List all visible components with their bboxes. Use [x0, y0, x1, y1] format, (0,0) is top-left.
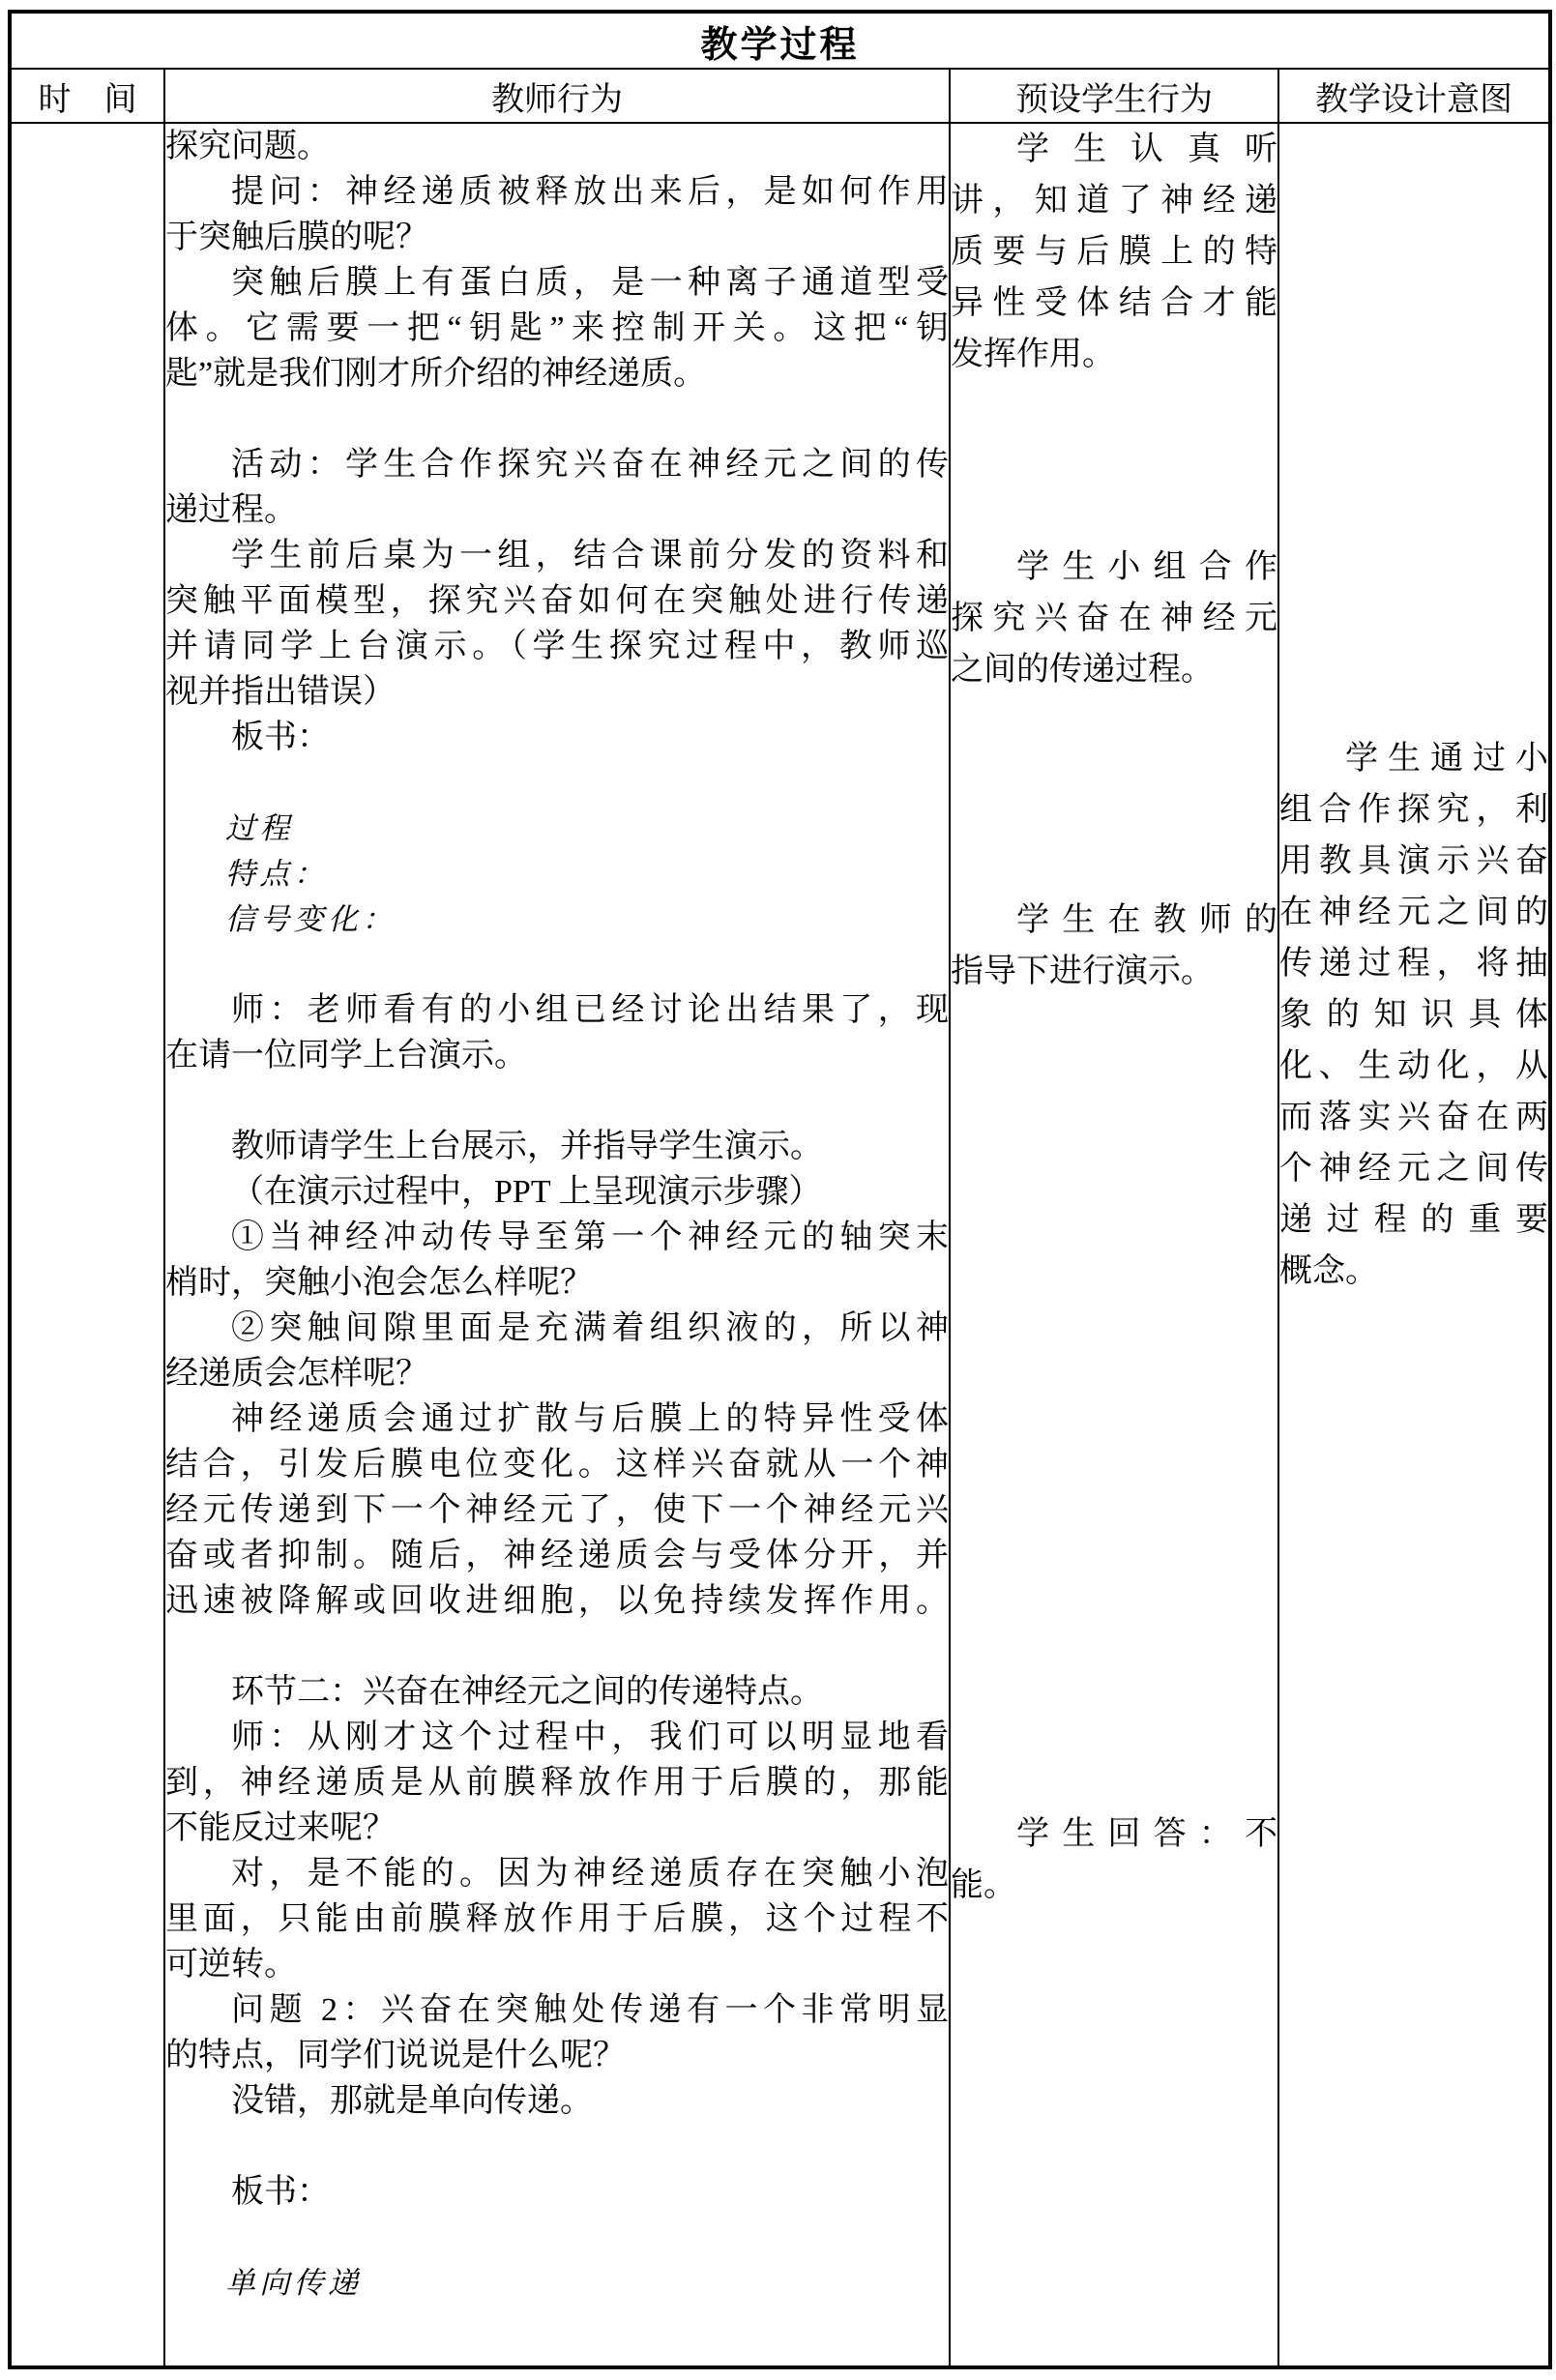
design-intent-cell: 学生通过小组合作探究，利用教具演示兴奋在神经元之间的传递过程，将抽象的知识具体化… — [1278, 123, 1550, 2367]
text-line: 于突触后膜的呢？ — [165, 215, 949, 260]
text-line: 教师请学生上台展示，并指导学生演示。 — [165, 1124, 949, 1169]
text-line: 传递过程，将抽 — [1279, 938, 1548, 989]
text-line: 没错，那就是单向传递。 — [165, 2078, 949, 2124]
time-column-cell — [10, 123, 164, 2367]
text-line: 突触后膜上有蛋白质，是一种离子通道型受 — [165, 260, 949, 306]
text-line: 学生在教师的 — [951, 895, 1277, 946]
text-line: 经元传递到下一个神经元了，使下一个神经元兴 — [165, 1487, 949, 1533]
text-line: 过程 — [165, 806, 949, 851]
text-line — [165, 942, 949, 987]
text-line: 匙”就是我们刚才所介绍的神经递质。 — [165, 351, 949, 397]
text-line: 可逆转。 — [165, 1942, 949, 1987]
text-line: 单向传递 — [165, 2260, 949, 2306]
text-block: 探究问题。提问：神经递质被释放出来后，是如何作用于突触后膜的呢？突触后膜上有蛋白… — [165, 124, 949, 2306]
text-line: 象的知识具体 — [1279, 989, 1548, 1041]
text-line: 板书： — [165, 715, 949, 760]
text-line: 师：老师看有的小组已经讨论出结果了，现 — [165, 987, 949, 1033]
text-line: 师：从刚才这个过程中，我们可以明显地看 — [165, 1715, 949, 1760]
text-line: 组合作探究，利 — [1279, 784, 1548, 836]
text-line: 探究兴奋在神经元 — [951, 593, 1277, 644]
text-line: 信号变化： — [165, 896, 949, 942]
text-line: 讲，知道了神经递 — [951, 175, 1277, 226]
column-header-expected-student-behavior: 预设学生行为 — [950, 69, 1278, 123]
text-line: 而落实兴奋在两 — [1279, 1092, 1548, 1143]
teaching-process-table: 教学过程 时 间 教师行为 预设学生行为 教学设计意图 探究问题。提问：神经递质… — [8, 10, 1552, 2369]
text-line: 之间的传递过程。 — [951, 644, 1277, 695]
text-line: 问题 2：兴奋在突触处传递有一个非常明显 — [165, 1987, 949, 2033]
text-line: 指导下进行演示。 — [951, 946, 1277, 997]
text-line — [165, 1078, 949, 1124]
text-line: 递过程的重要 — [1279, 1194, 1548, 1246]
text-line: 并请同学上台演示。（学生探究过程中，教师巡 — [165, 624, 949, 669]
text-line: 不能反过来呢？ — [165, 1806, 949, 1851]
text-line: 对，是不能的。因为神经递质存在突触小泡 — [165, 1851, 949, 1896]
text-line: 用教具演示兴奋 — [1279, 836, 1548, 887]
text-line: 发挥作用。 — [951, 329, 1277, 380]
text-line: 概念。 — [1279, 1246, 1548, 1297]
column-header-time: 时 间 — [10, 69, 164, 123]
text-line: 结合，引发后膜电位变化。这样兴奋就从一个神 — [165, 1442, 949, 1487]
text-line: 能。 — [951, 1860, 1277, 1911]
text-line: 到，神经递质是从前膜释放作用于后膜的，那能 — [165, 1760, 949, 1806]
text-line: ②突触间隙里面是充满着组织液的，所以神 — [165, 1306, 949, 1351]
text-line: 经递质会怎样呢？ — [165, 1351, 949, 1396]
text-line: 学生前后桌为一组，结合课前分发的资料和 — [165, 533, 949, 578]
text-block: 学生小组合作探究兴奋在神经元之间的传递过程。 — [951, 542, 1277, 695]
student-behavior-cell: 学生认真听讲，知道了神经递质要与后膜上的特异性受体结合才能发挥作用。学生小组合作… — [950, 123, 1278, 2367]
text-line: ①当神经冲动传导至第一个神经元的轴突末 — [165, 1215, 949, 1260]
text-line: （在演示过程中，PPT 上呈现演示步骤） — [165, 1169, 949, 1215]
text-line: 体。它需要一把“钥匙”来控制开关。这把“钥 — [165, 306, 949, 351]
text-line: 学生回答：不 — [951, 1808, 1277, 1860]
text-line: 神经递质会通过扩散与后膜上的特异性受体 — [165, 1396, 949, 1442]
column-header-design-intent: 教学设计意图 — [1278, 69, 1550, 123]
text-line: 视并指出错误） — [165, 669, 949, 715]
text-block: 学生回答：不能。 — [951, 1808, 1277, 1911]
text-line — [165, 2124, 949, 2169]
text-line: 异性受体结合才能 — [951, 278, 1277, 329]
text-line: 特点： — [165, 851, 949, 896]
teacher-behavior-cell: 探究问题。提问：神经递质被释放出来后，是如何作用于突触后膜的呢？突触后膜上有蛋白… — [164, 123, 950, 2367]
text-line: 学生通过小 — [1279, 733, 1548, 784]
text-line — [165, 397, 949, 442]
text-line: 活动：学生合作探究兴奋在神经元之间的传 — [165, 442, 949, 487]
text-line: 突触平面模型，探究兴奋如何在突触处进行传递 — [165, 578, 949, 624]
text-line: 递过程。 — [165, 487, 949, 533]
text-line: 个神经元之间传 — [1279, 1143, 1548, 1194]
text-line — [165, 760, 949, 806]
text-line: 提问：神经递质被释放出来后，是如何作用 — [165, 169, 949, 215]
table-title: 教学过程 — [10, 12, 1550, 69]
text-block: 学生在教师的指导下进行演示。 — [951, 895, 1277, 997]
text-line: 迅速被降解或回收进细胞，以免持续发挥作用。 — [165, 1578, 949, 1624]
text-line: 里面，只能由前膜释放作用于后膜，这个过程不 — [165, 1896, 949, 1942]
text-line: 在神经元之间的 — [1279, 887, 1548, 938]
text-block: 学生通过小组合作探究，利用教具演示兴奋在神经元之间的传递过程，将抽象的知识具体化… — [1279, 733, 1548, 1297]
text-line: 学生小组合作 — [951, 542, 1277, 593]
text-line: 的特点，同学们说说是什么呢？ — [165, 2033, 949, 2078]
column-header-teacher-behavior: 教师行为 — [164, 69, 950, 123]
text-line: 探究问题。 — [165, 124, 949, 169]
text-line — [165, 2215, 949, 2260]
text-line: 梢时，突触小泡会怎么样呢？ — [165, 1260, 949, 1306]
text-line: 在请一位同学上台演示。 — [165, 1033, 949, 1078]
text-line: 环节二：兴奋在神经元之间的传递特点。 — [165, 1669, 949, 1715]
text-line: 学生认真听 — [951, 124, 1277, 175]
text-line: 质要与后膜上的特 — [951, 226, 1277, 278]
text-line: 化、生动化，从 — [1279, 1041, 1548, 1092]
text-block: 学生认真听讲，知道了神经递质要与后膜上的特异性受体结合才能发挥作用。 — [951, 124, 1277, 380]
text-line — [165, 1624, 949, 1669]
text-line: 奋或者抑制。随后，神经递质会与受体分开，并 — [165, 1533, 949, 1578]
text-line: 板书： — [165, 2169, 949, 2215]
